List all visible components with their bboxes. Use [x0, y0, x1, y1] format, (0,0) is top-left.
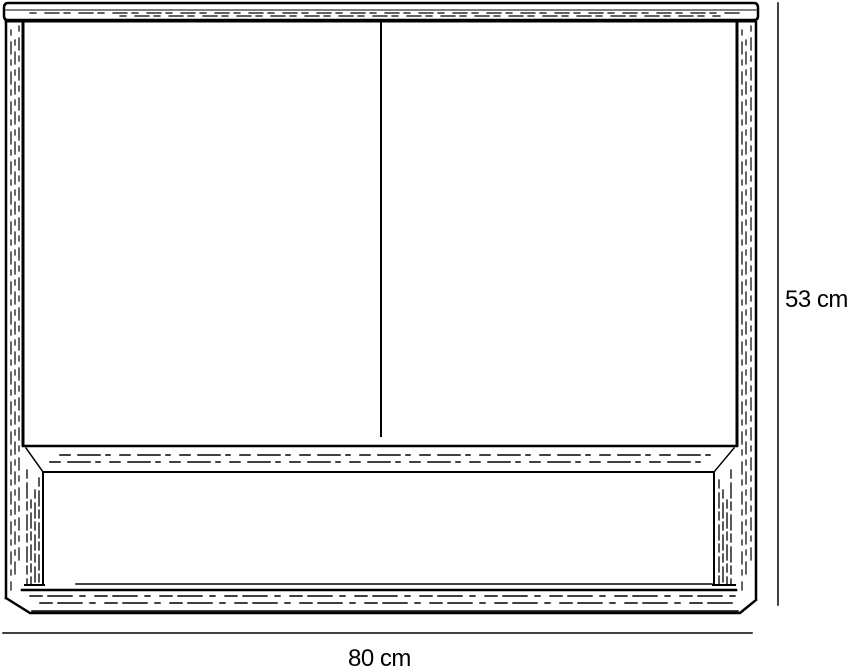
height-dimension-label: 53 cm: [785, 286, 848, 314]
base-panel: [6, 584, 756, 613]
width-dimension-label: 80 cm: [348, 645, 411, 672]
right-side-panel: [737, 22, 756, 598]
top-panel: [4, 3, 758, 21]
shelf-front-rail: [23, 446, 737, 472]
left-side-panel: [6, 22, 23, 598]
shelf-inner-sides: [25, 470, 735, 585]
cabinet-drawing: [0, 0, 854, 672]
